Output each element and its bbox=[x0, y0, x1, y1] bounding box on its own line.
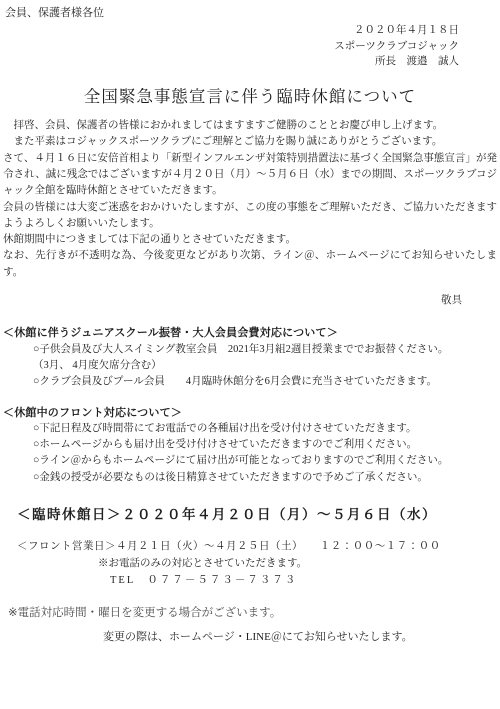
organization-line: スポーツクラブコジャック bbox=[3, 39, 459, 55]
section-junior-school-transfer: ＜休館に伴うジュニアスクール振替・大人会員会費対応について＞ ○子供会員及び大人… bbox=[3, 325, 497, 390]
body-paragraph: 休館期間中につきましては下記の通りとさせていただきます。 bbox=[3, 232, 497, 248]
front-desk-phone-note: ※お電話のみの対応とさせていただきます。 bbox=[3, 556, 497, 573]
footer-change-detail: 変更の際は、ホームページ・LINE＠にてお知らせいたします。 bbox=[3, 629, 497, 645]
body-paragraphs: 拝啓、会員、保護者の皆様におかれましてはますますご健勝のこととお慶び申し上げます… bbox=[3, 118, 497, 281]
signer-line: 所長 渡邉 誠人 bbox=[3, 54, 459, 70]
body-paragraph: なお、先行きが不透明な為、今後変更などがあり次第、ライン＠、ホームページにてお知… bbox=[3, 248, 497, 281]
section-item: ○金銭の授受が必要なものは後日精算させていただきますので予めご了承ください。 bbox=[3, 470, 497, 486]
footer-notes: ※電話対応時間・曜日を変更する場合がございます。 変更の際は、ホームページ・LI… bbox=[3, 605, 497, 645]
body-paragraph: また平素はコジャックスポーツクラブにご理解とご協力を賜り誠にありがとうございます… bbox=[3, 134, 497, 150]
document-header-right: ２０２０年４月１８日 スポーツクラブコジャック 所長 渡邉 誠人 bbox=[3, 23, 497, 70]
section-item: ○ライン＠からもホームページにて届け出が可能となっておりますのでご利用ください。 bbox=[3, 453, 497, 469]
section-item-list: ○子供会員及び大人スイミング教室会員 2021年3月組2週目授業まででお振替くだ… bbox=[3, 342, 497, 391]
body-paragraph: 拝啓、会員、保護者の皆様におかれましてはますますご健勝のこととお慶び申し上げます… bbox=[3, 118, 497, 134]
body-paragraph: さて、４月１６日に安倍首相より「新型インフルエンザ対策特別措置法に基づく全国緊急… bbox=[3, 151, 497, 200]
section-item: ○ホームページからも届け出を受け付けさせていただきますのでご利用ください。 bbox=[3, 437, 497, 453]
section-item-list: ○下記日程及び時間帯にてお電話での各種届け出を受け付けさせていただきます。○ホー… bbox=[3, 421, 497, 486]
section-heading: ＜休館に伴うジュニアスクール振替・大人会員会費対応について＞ bbox=[3, 325, 497, 341]
section-heading: ＜休館中のフロント対応について＞ bbox=[3, 405, 497, 421]
closing-word: 敬具 bbox=[3, 293, 497, 309]
front-desk-schedule: ＜フロント営業日＞４月２１日（火）～４月２５日（土） １２：００～１７：００ bbox=[3, 539, 497, 556]
section-item: ○子供会員及び大人スイミング教室会員 2021年3月組2週目授業まででお振替くだ… bbox=[3, 342, 497, 358]
temporary-closure-dates: ＜臨時休館日＞２０２０年４月２０日（月）～５月６日（水） bbox=[3, 506, 497, 524]
document-page: 会員、保護者様各位 ２０２０年４月１８日 スポーツクラブコジャック 所長 渡邉 … bbox=[0, 0, 500, 709]
section-item: （3月、 4月度欠席分含む） bbox=[3, 358, 497, 374]
section-item: ○下記日程及び時間帯にてお電話での各種届け出を受け付けさせていただきます。 bbox=[3, 421, 497, 437]
date-line: ２０２０年４月１８日 bbox=[3, 23, 459, 39]
section-front-desk-response: ＜休館中のフロント対応について＞ ○下記日程及び時間帯にてお電話での各種届け出を… bbox=[3, 405, 497, 486]
recipient-line: 会員、保護者様各位 bbox=[3, 5, 497, 21]
document-title: 全国緊急事態宣言に伴う臨時休館について bbox=[3, 86, 497, 108]
footer-change-notice: ※電話対応時間・曜日を変更する場合がございます。 bbox=[3, 605, 497, 621]
front-desk-tel: TEL ０７７－５７３－７３７３ bbox=[3, 573, 497, 590]
front-desk-info: ＜フロント営業日＞４月２１日（火）～４月２５日（土） １２：００～１７：００ ※… bbox=[3, 539, 497, 589]
section-item: ○クラブ会員及びプール会員 4月臨時休館分を6月会費に充当させていただきます。 bbox=[3, 374, 497, 390]
body-paragraph: 会員の皆様には大変ご迷惑をおかけいたしますが、この度の事態をご理解いただき、ご協… bbox=[3, 200, 497, 233]
